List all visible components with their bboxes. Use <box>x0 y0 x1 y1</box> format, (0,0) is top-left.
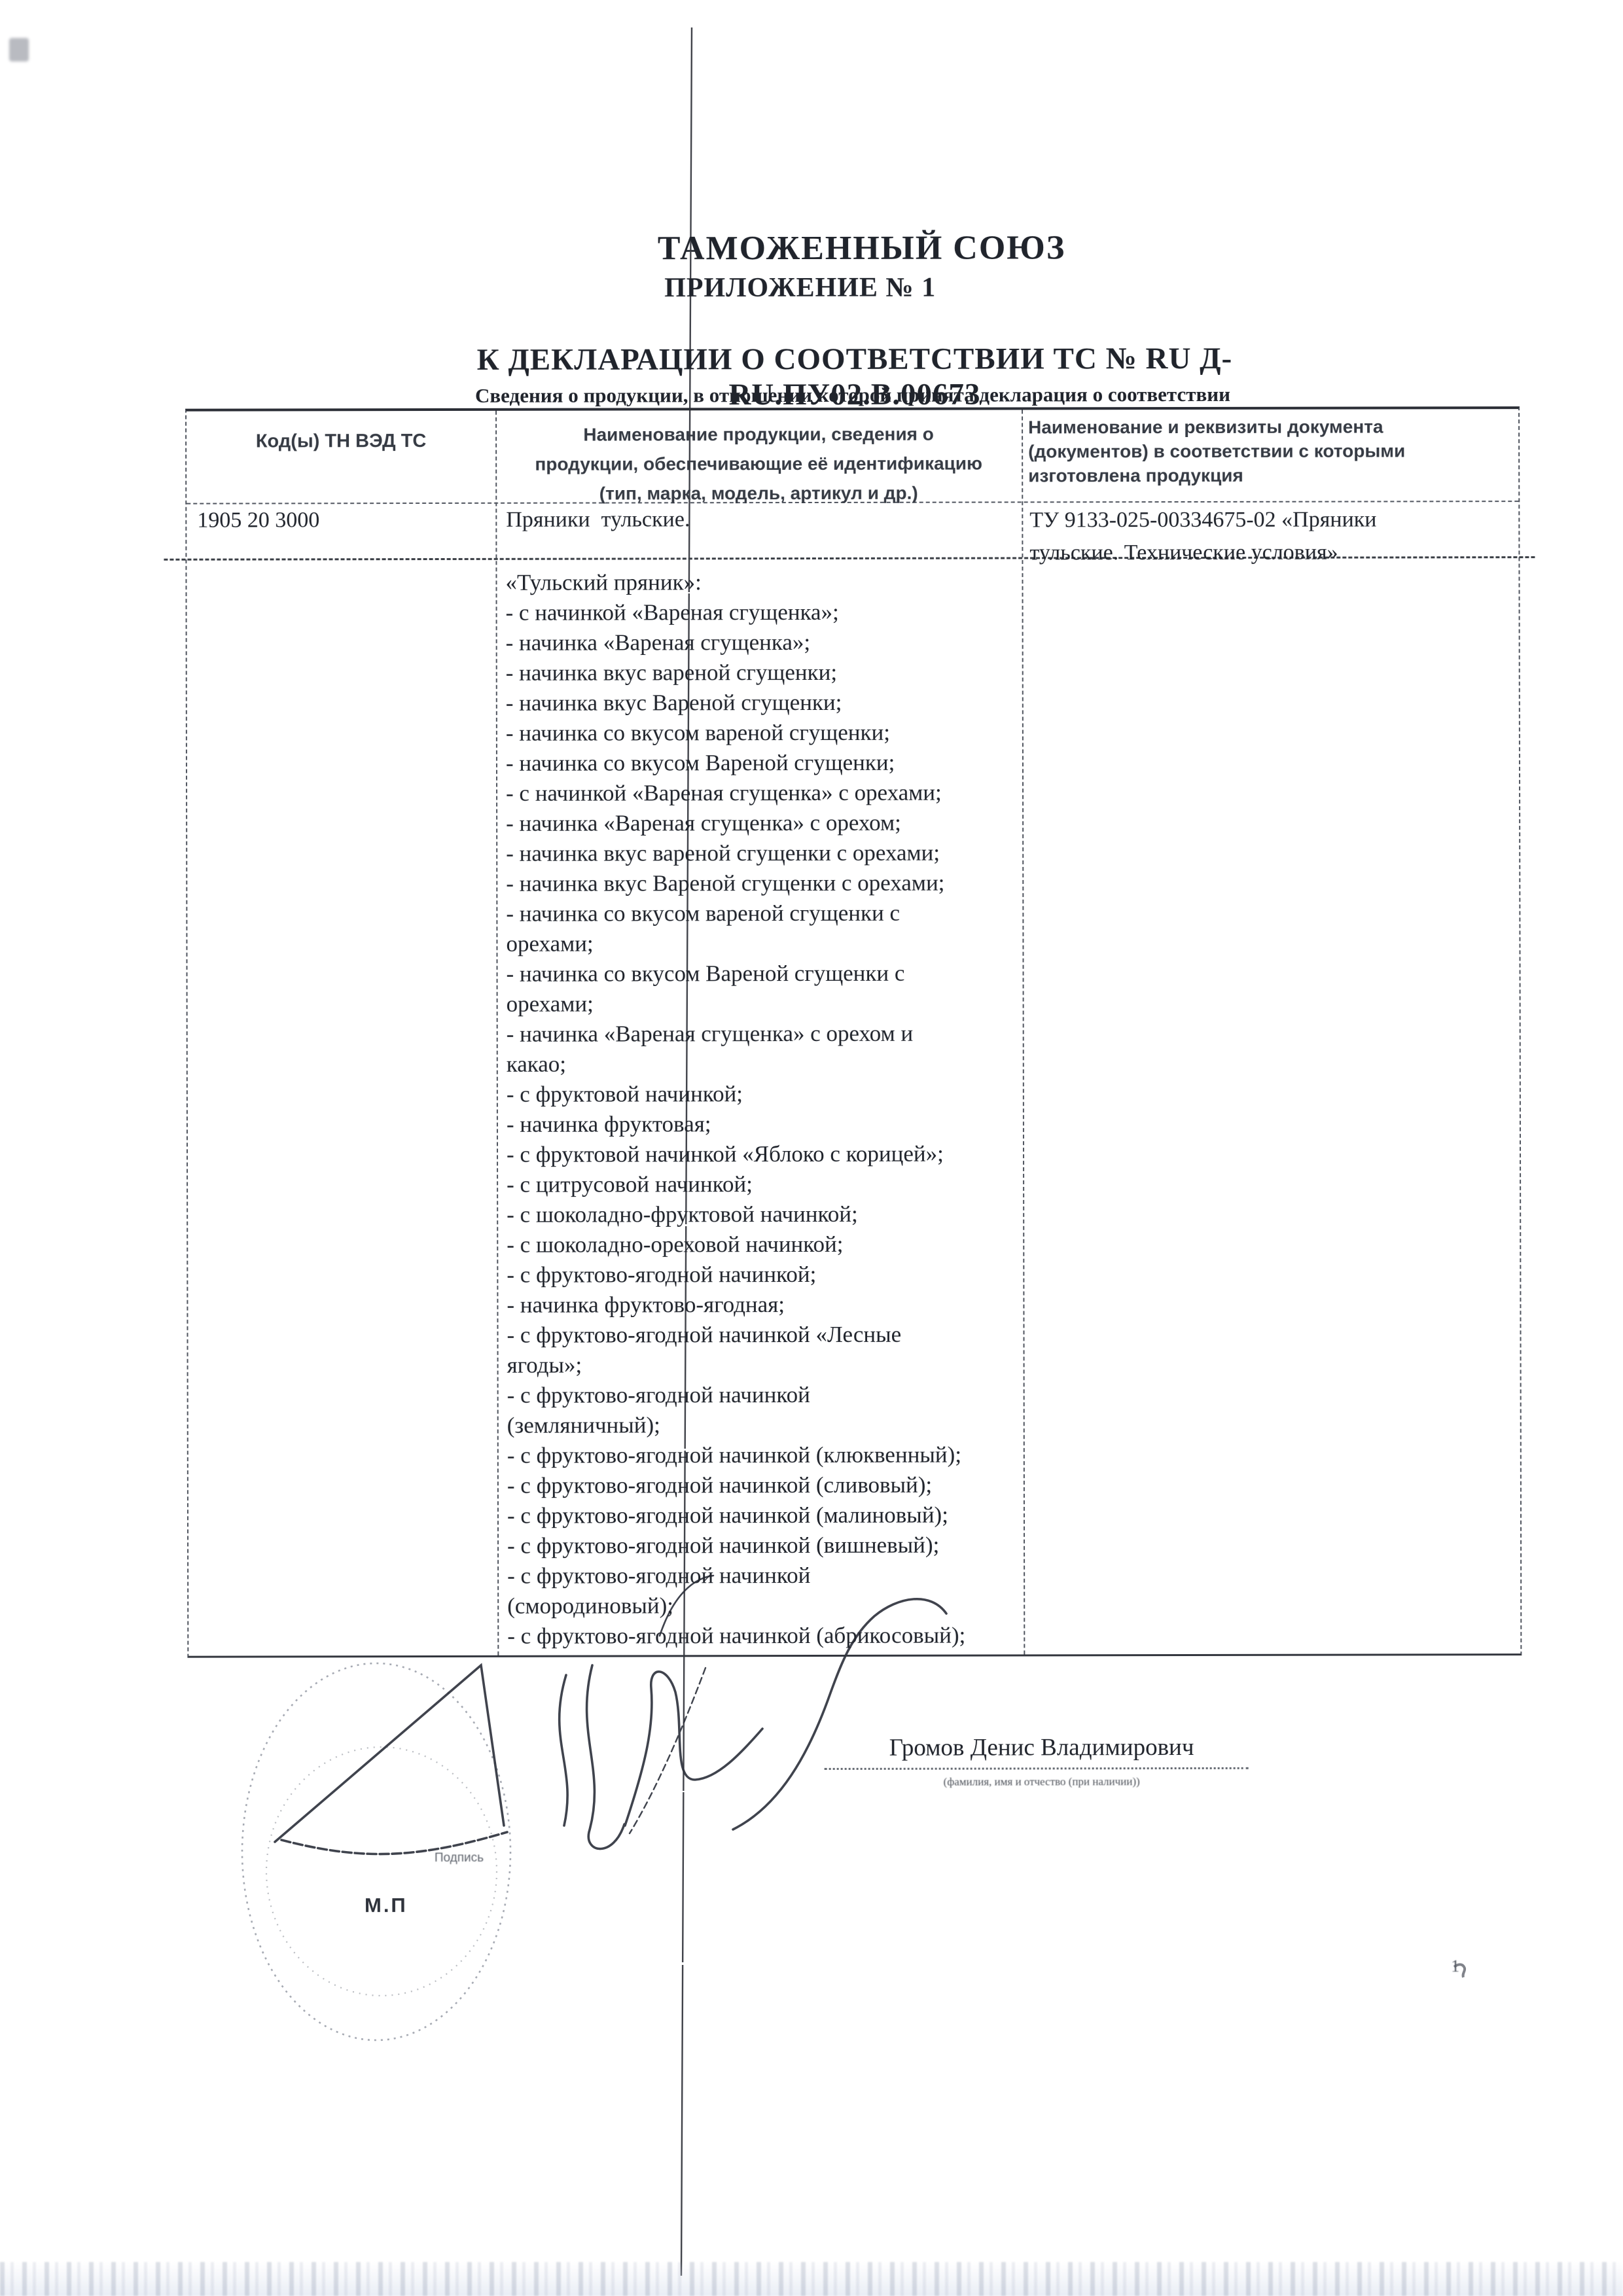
product-variant-line: - с начинкой «Вареная сгущенка» с орехам… <box>506 777 1016 808</box>
customs-union-title: ТАМОЖЕННЫЙ СОЮЗ <box>535 228 1189 268</box>
scanned-declaration-page: ТАМОЖЕННЫЙ СОЮЗ ПРИЛОЖЕНИЕ № 1 К ДЕКЛАРА… <box>0 0 1623 2296</box>
product-variant-line: - начинка вкус вареной сгущенки; <box>506 657 1016 688</box>
product-variant-line: - с фруктово-ягодной начинкой <box>507 1560 1018 1591</box>
product-variant-line: - с фруктово-ягодной начинкой (малиновый… <box>507 1500 1018 1530</box>
product-variant-line: орехами; <box>506 928 1016 959</box>
product-variant-line: (земляничный); <box>507 1409 1018 1440</box>
product-variant-line: - с шоколадно-фруктовой начинкой; <box>507 1199 1017 1229</box>
signature-caption: Подпись <box>435 1851 484 1865</box>
cell-product-name: Пряники тульские. <box>506 506 1010 532</box>
product-variant-line: ягоды»; <box>507 1349 1018 1380</box>
stamp-place-label: М.П <box>365 1894 408 1917</box>
product-variant-line: - начинка «Вареная сгущенка»; <box>506 627 1016 658</box>
product-variant-line: - с фруктово-ягодной начинкой <box>507 1379 1018 1410</box>
product-variant-line: орехами; <box>507 988 1017 1019</box>
product-variant-line: - с фруктово-ягодной начинкой (вишневый)… <box>507 1530 1018 1561</box>
signatory-name-caption: (фамилия, имя и отчество (при наличии)) <box>819 1775 1264 1789</box>
products-table: Код(ы) ТН ВЭД ТС Наименование продукции,… <box>185 406 1522 1658</box>
product-variant-line: - начинка фруктово-ягодная; <box>507 1289 1017 1320</box>
product-variant-line: - начинка «Вареная сгущенка» с орехом; <box>506 807 1016 838</box>
column-header-product: Наименование продукции, сведения о проду… <box>495 410 1022 508</box>
product-variant-line: - с фруктово-ягодной начинкой (сливовый)… <box>507 1470 1018 1500</box>
product-variant-line: «Тульский пряник»: <box>505 567 1016 597</box>
product-variant-line: - начинка «Вареная сгущенка» с орехом и <box>507 1018 1017 1049</box>
product-variant-line: - с фруктово-ягодной начинкой; <box>507 1259 1017 1290</box>
product-variant-line: - с фруктово-ягодной начинкой (клюквенны… <box>507 1439 1018 1470</box>
document-content: ТАМОЖЕННЫЙ СОЮЗ ПРИЛОЖЕНИЕ № 1 К ДЕКЛАРА… <box>0 0 1623 2296</box>
product-variants-list: «Тульский пряник»:- с начинкой «Вареная … <box>505 567 1018 1651</box>
product-variant-line: - начинка со вкусом вареной сгущенки; <box>506 717 1016 748</box>
product-variant-line: - с начинкой «Вареная сгущенка»; <box>506 597 1016 627</box>
column-header-document: Наименование и реквизиты документа (доку… <box>1028 409 1512 487</box>
product-variant-line: - с фруктово-ягодной начинкой «Лесные <box>507 1319 1017 1350</box>
product-variant-line: (смородиновый); <box>507 1590 1018 1621</box>
signatory-name: Громов Денис Владимирович <box>819 1733 1264 1762</box>
product-variant-line: - начинка со вкусом Вареной сгущенки с <box>506 958 1016 989</box>
signatory-name-underline <box>825 1767 1249 1770</box>
product-variant-line: - начинка со вкусом Вареной сгущенки; <box>506 747 1016 778</box>
product-variant-line: - начинка со вкусом вареной сгущенки с <box>506 898 1016 928</box>
cell-document-reference: ТУ 9133-025-00334675-02 «Пряники тульски… <box>1029 503 1507 569</box>
product-variant-line: - с шоколадно-ореховой начинкой; <box>507 1229 1017 1260</box>
product-variant-line: - начинка вкус Вареной сгущенки с орехам… <box>506 868 1016 898</box>
appendix-title: ПРИЛОЖЕНИЕ № 1 <box>588 272 1013 304</box>
product-variant-line: какао; <box>507 1048 1017 1079</box>
product-variant-line: - начинка вкус вареной сгущенки с орехам… <box>506 838 1016 868</box>
product-variant-line: - с фруктовой начинкой «Яблоко с корицей… <box>507 1139 1017 1169</box>
product-variant-line: - с фруктово-ягодной начинкой (абрикосов… <box>507 1620 1018 1651</box>
column-divider-1 <box>495 411 499 1655</box>
column-divider-2 <box>1022 410 1025 1654</box>
product-variant-line: - с цитрусовой начинкой; <box>507 1169 1017 1199</box>
cell-tnved-code: 1905 20 3000 <box>197 508 485 533</box>
page-number: 1 <box>1451 1956 1459 1976</box>
product-variant-line: - с фруктовой начинкой; <box>507 1078 1017 1109</box>
product-variant-line: - начинка вкус Вареной сгущенки; <box>506 687 1016 718</box>
product-variant-line: - начинка фруктовая; <box>507 1108 1017 1139</box>
column-header-code: Код(ы) ТН ВЭД ТС <box>187 411 495 453</box>
table-caption: Сведения о продукции, в отношении которо… <box>362 383 1344 408</box>
